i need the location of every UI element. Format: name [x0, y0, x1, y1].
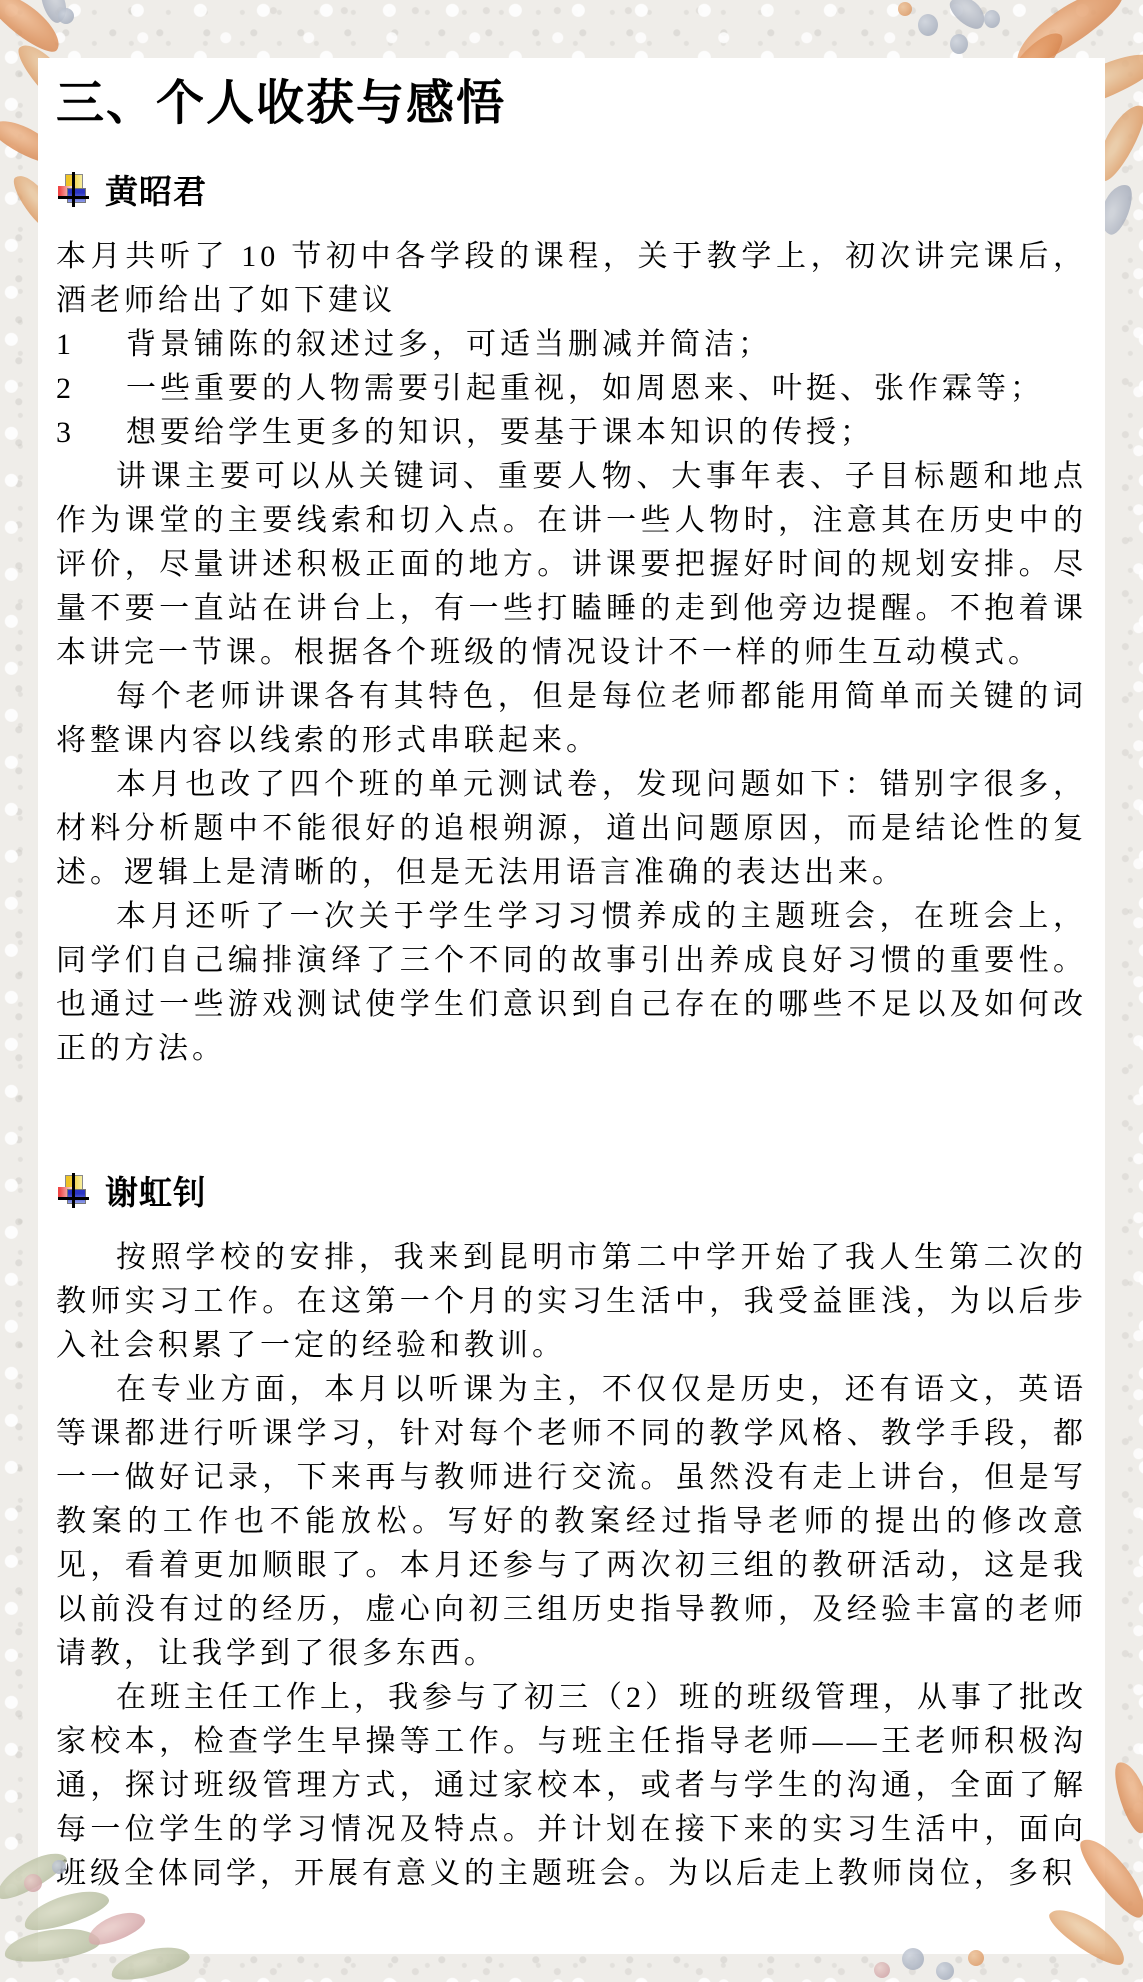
list-number: 1: [56, 323, 126, 367]
list-text: 背景铺陈的叙述过多，可适当删减并简洁；: [126, 323, 1087, 367]
list-text: 想要给学生更多的知识，要基于课本知识的传授；: [126, 411, 1087, 455]
list-number: 2: [56, 367, 126, 411]
paragraph: 本月共听了 10 节初中各学段的课程，关于教学上，初次讲完课后，酒老师给出了如下…: [56, 235, 1087, 323]
document-page: 三、个人收获与感悟 黄昭君 本月共听了 10 节初中各学段的课程，关于教学上，初…: [38, 58, 1105, 1954]
list-text: 一些重要的人物需要引起重视，如周恩来、叶挺、张作霖等；: [126, 367, 1087, 411]
section-header: 谢虹钊: [58, 1167, 1087, 1214]
paragraph: 在专业方面，本月以听课为主，不仅仅是历史，还有语文，英语等课都进行听课学习，针对…: [56, 1368, 1087, 1676]
section-huangzhaojun: 黄昭君 本月共听了 10 节初中各学段的课程，关于教学上，初次讲完课后，酒老师给…: [56, 166, 1087, 1071]
paragraph: 讲课主要可以从关键词、重要人物、大事年表、子目标题和地点作为课堂的主要线索和切入…: [56, 455, 1087, 675]
page-title: 三、个人收获与感悟: [56, 76, 1087, 132]
list-number: 3: [56, 411, 126, 455]
colored-squares-bullet-icon: [58, 1173, 89, 1208]
section-header: 黄昭君: [58, 166, 1087, 213]
section-xiehongzhao: 谢虹钊 按照学校的安排，我来到昆明市第二中学开始了我人生第二次的教师实习工作。在…: [56, 1167, 1087, 1896]
paragraph: 每个老师讲课各有其特色，但是每位老师都能用简单而关键的词将整课内容以线索的形式串…: [56, 675, 1087, 763]
paragraph: 按照学校的安排，我来到昆明市第二中学开始了我人生第二次的教师实习工作。在这第一个…: [56, 1236, 1087, 1368]
list-item: 3 想要给学生更多的知识，要基于课本知识的传授；: [56, 411, 1087, 455]
colored-squares-bullet-icon: [58, 172, 89, 207]
list-item: 2 一些重要的人物需要引起重视，如周恩来、叶挺、张作霖等；: [56, 367, 1087, 411]
paragraph: 本月还听了一次关于学生学习习惯养成的主题班会，在班会上，同学们自己编排演绎了三个…: [56, 895, 1087, 1071]
section-name: 谢虹钊: [105, 1167, 207, 1214]
paragraph: 在班主任工作上，我参与了初三（2）班的班级管理，从事了批改家校本，检查学生早操等…: [56, 1676, 1087, 1896]
paragraph: 本月也改了四个班的单元测试卷，发现问题如下：错别字很多，材料分析题中不能很好的追…: [56, 763, 1087, 895]
section-name: 黄昭君: [105, 166, 207, 213]
list-item: 1 背景铺陈的叙述过多，可适当删减并简洁；: [56, 323, 1087, 367]
